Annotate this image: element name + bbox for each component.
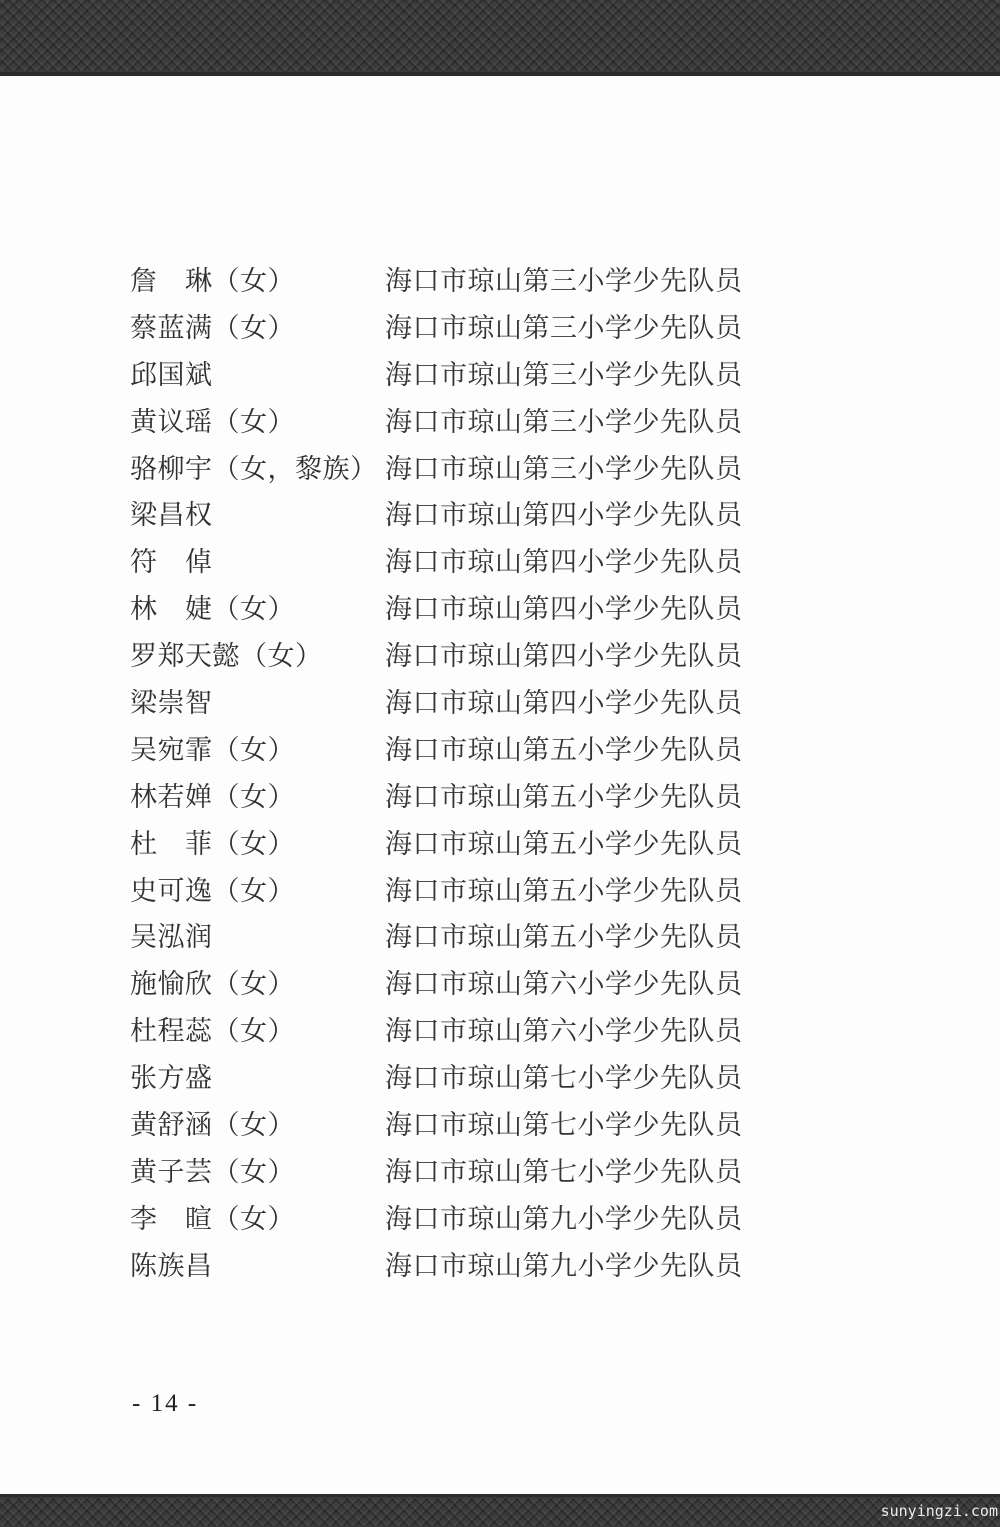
member-affiliation: 海口市琼山第三小学少先队员 — [385, 447, 743, 486]
member-name: 詹 琳（女） — [130, 259, 385, 298]
member-name: 黄子芸（女） — [130, 1150, 385, 1189]
member-affiliation: 海口市琼山第七小学少先队员 — [385, 1103, 743, 1142]
member-name: 林若婵（女） — [130, 775, 385, 814]
table-row: 梁崇智 海口市琼山第四小学少先队员 — [130, 677, 970, 724]
table-row: 邱国斌 海口市琼山第三小学少先队员 — [130, 349, 970, 396]
table-row: 符 倬 海口市琼山第四小学少先队员 — [130, 536, 970, 583]
table-row: 陈族昌 海口市琼山第九小学少先队员 — [130, 1240, 970, 1287]
member-affiliation: 海口市琼山第四小学少先队员 — [385, 587, 743, 626]
member-name: 史可逸（女） — [130, 869, 385, 908]
table-row: 黄舒涵（女） 海口市琼山第七小学少先队员 — [130, 1099, 970, 1146]
table-row: 林 婕（女） 海口市琼山第四小学少先队员 — [130, 583, 970, 630]
table-row: 吴宛霏（女） 海口市琼山第五小学少先队员 — [130, 724, 970, 771]
member-affiliation: 海口市琼山第四小学少先队员 — [385, 634, 743, 673]
table-row: 施愉欣（女） 海口市琼山第六小学少先队员 — [130, 958, 970, 1005]
bottom-texture-bar: sunyingzi.com — [0, 1494, 1000, 1527]
member-affiliation: 海口市琼山第三小学少先队员 — [385, 353, 743, 392]
table-row: 蔡蓝满（女） 海口市琼山第三小学少先队员 — [130, 302, 970, 349]
member-name: 罗郑天懿（女） — [130, 634, 385, 673]
page-number: - 14 - — [132, 1390, 198, 1418]
table-row: 梁昌权 海口市琼山第四小学少先队员 — [130, 489, 970, 536]
member-name: 黄议瑶（女） — [130, 400, 385, 439]
member-name: 符 倬 — [130, 540, 385, 579]
member-name: 蔡蓝满（女） — [130, 306, 385, 345]
table-row: 骆柳宇（女，黎族） 海口市琼山第三小学少先队员 — [130, 443, 970, 490]
table-row: 黄子芸（女） 海口市琼山第七小学少先队员 — [130, 1146, 970, 1193]
table-row: 林若婵（女） 海口市琼山第五小学少先队员 — [130, 771, 970, 818]
member-affiliation: 海口市琼山第四小学少先队员 — [385, 540, 743, 579]
member-affiliation: 海口市琼山第四小学少先队员 — [385, 493, 743, 532]
table-row: 杜 菲（女） 海口市琼山第五小学少先队员 — [130, 818, 970, 865]
member-affiliation: 海口市琼山第七小学少先队员 — [385, 1056, 743, 1095]
member-affiliation: 海口市琼山第五小学少先队员 — [385, 728, 743, 767]
member-affiliation: 海口市琼山第三小学少先队员 — [385, 400, 743, 439]
member-affiliation: 海口市琼山第三小学少先队员 — [385, 306, 743, 345]
member-name: 吴宛霏（女） — [130, 728, 385, 767]
roster-list: 詹 琳（女） 海口市琼山第三小学少先队员 蔡蓝满（女） 海口市琼山第三小学少先队… — [130, 255, 970, 1287]
table-row: 黄议瑶（女） 海口市琼山第三小学少先队员 — [130, 396, 970, 443]
document-page: 詹 琳（女） 海口市琼山第三小学少先队员 蔡蓝满（女） 海口市琼山第三小学少先队… — [0, 0, 1000, 1527]
member-affiliation: 海口市琼山第五小学少先队员 — [385, 775, 743, 814]
member-name: 林 婕（女） — [130, 587, 385, 626]
member-affiliation: 海口市琼山第九小学少先队员 — [385, 1197, 743, 1236]
member-name: 杜程蕊（女） — [130, 1009, 385, 1048]
member-name: 邱国斌 — [130, 353, 385, 392]
member-name: 骆柳宇（女，黎族） — [130, 447, 385, 486]
member-name: 张方盛 — [130, 1056, 385, 1095]
member-affiliation: 海口市琼山第三小学少先队员 — [385, 259, 743, 298]
table-row: 吴泓润 海口市琼山第五小学少先队员 — [130, 911, 970, 958]
member-affiliation: 海口市琼山第六小学少先队员 — [385, 962, 743, 1001]
member-affiliation: 海口市琼山第七小学少先队员 — [385, 1150, 743, 1189]
member-name: 李 暄（女） — [130, 1197, 385, 1236]
member-name: 吴泓润 — [130, 915, 385, 954]
member-affiliation: 海口市琼山第九小学少先队员 — [385, 1244, 743, 1283]
member-affiliation: 海口市琼山第四小学少先队员 — [385, 681, 743, 720]
table-row: 史可逸（女） 海口市琼山第五小学少先队员 — [130, 865, 970, 912]
member-name: 梁昌权 — [130, 493, 385, 532]
table-row: 罗郑天懿（女） 海口市琼山第四小学少先队员 — [130, 630, 970, 677]
member-affiliation: 海口市琼山第五小学少先队员 — [385, 915, 743, 954]
member-name: 施愉欣（女） — [130, 962, 385, 1001]
watermark: sunyingzi.com — [881, 1504, 1000, 1521]
member-affiliation: 海口市琼山第六小学少先队员 — [385, 1009, 743, 1048]
member-name: 梁崇智 — [130, 681, 385, 720]
top-texture-bar — [0, 0, 1000, 76]
member-name: 黄舒涵（女） — [130, 1103, 385, 1142]
table-row: 张方盛 海口市琼山第七小学少先队员 — [130, 1052, 970, 1099]
table-row: 詹 琳（女） 海口市琼山第三小学少先队员 — [130, 255, 970, 302]
member-affiliation: 海口市琼山第五小学少先队员 — [385, 822, 743, 861]
table-row: 杜程蕊（女） 海口市琼山第六小学少先队员 — [130, 1005, 970, 1052]
table-row: 李 暄（女） 海口市琼山第九小学少先队员 — [130, 1193, 970, 1240]
member-name: 陈族昌 — [130, 1244, 385, 1283]
member-name: 杜 菲（女） — [130, 822, 385, 861]
member-affiliation: 海口市琼山第五小学少先队员 — [385, 869, 743, 908]
